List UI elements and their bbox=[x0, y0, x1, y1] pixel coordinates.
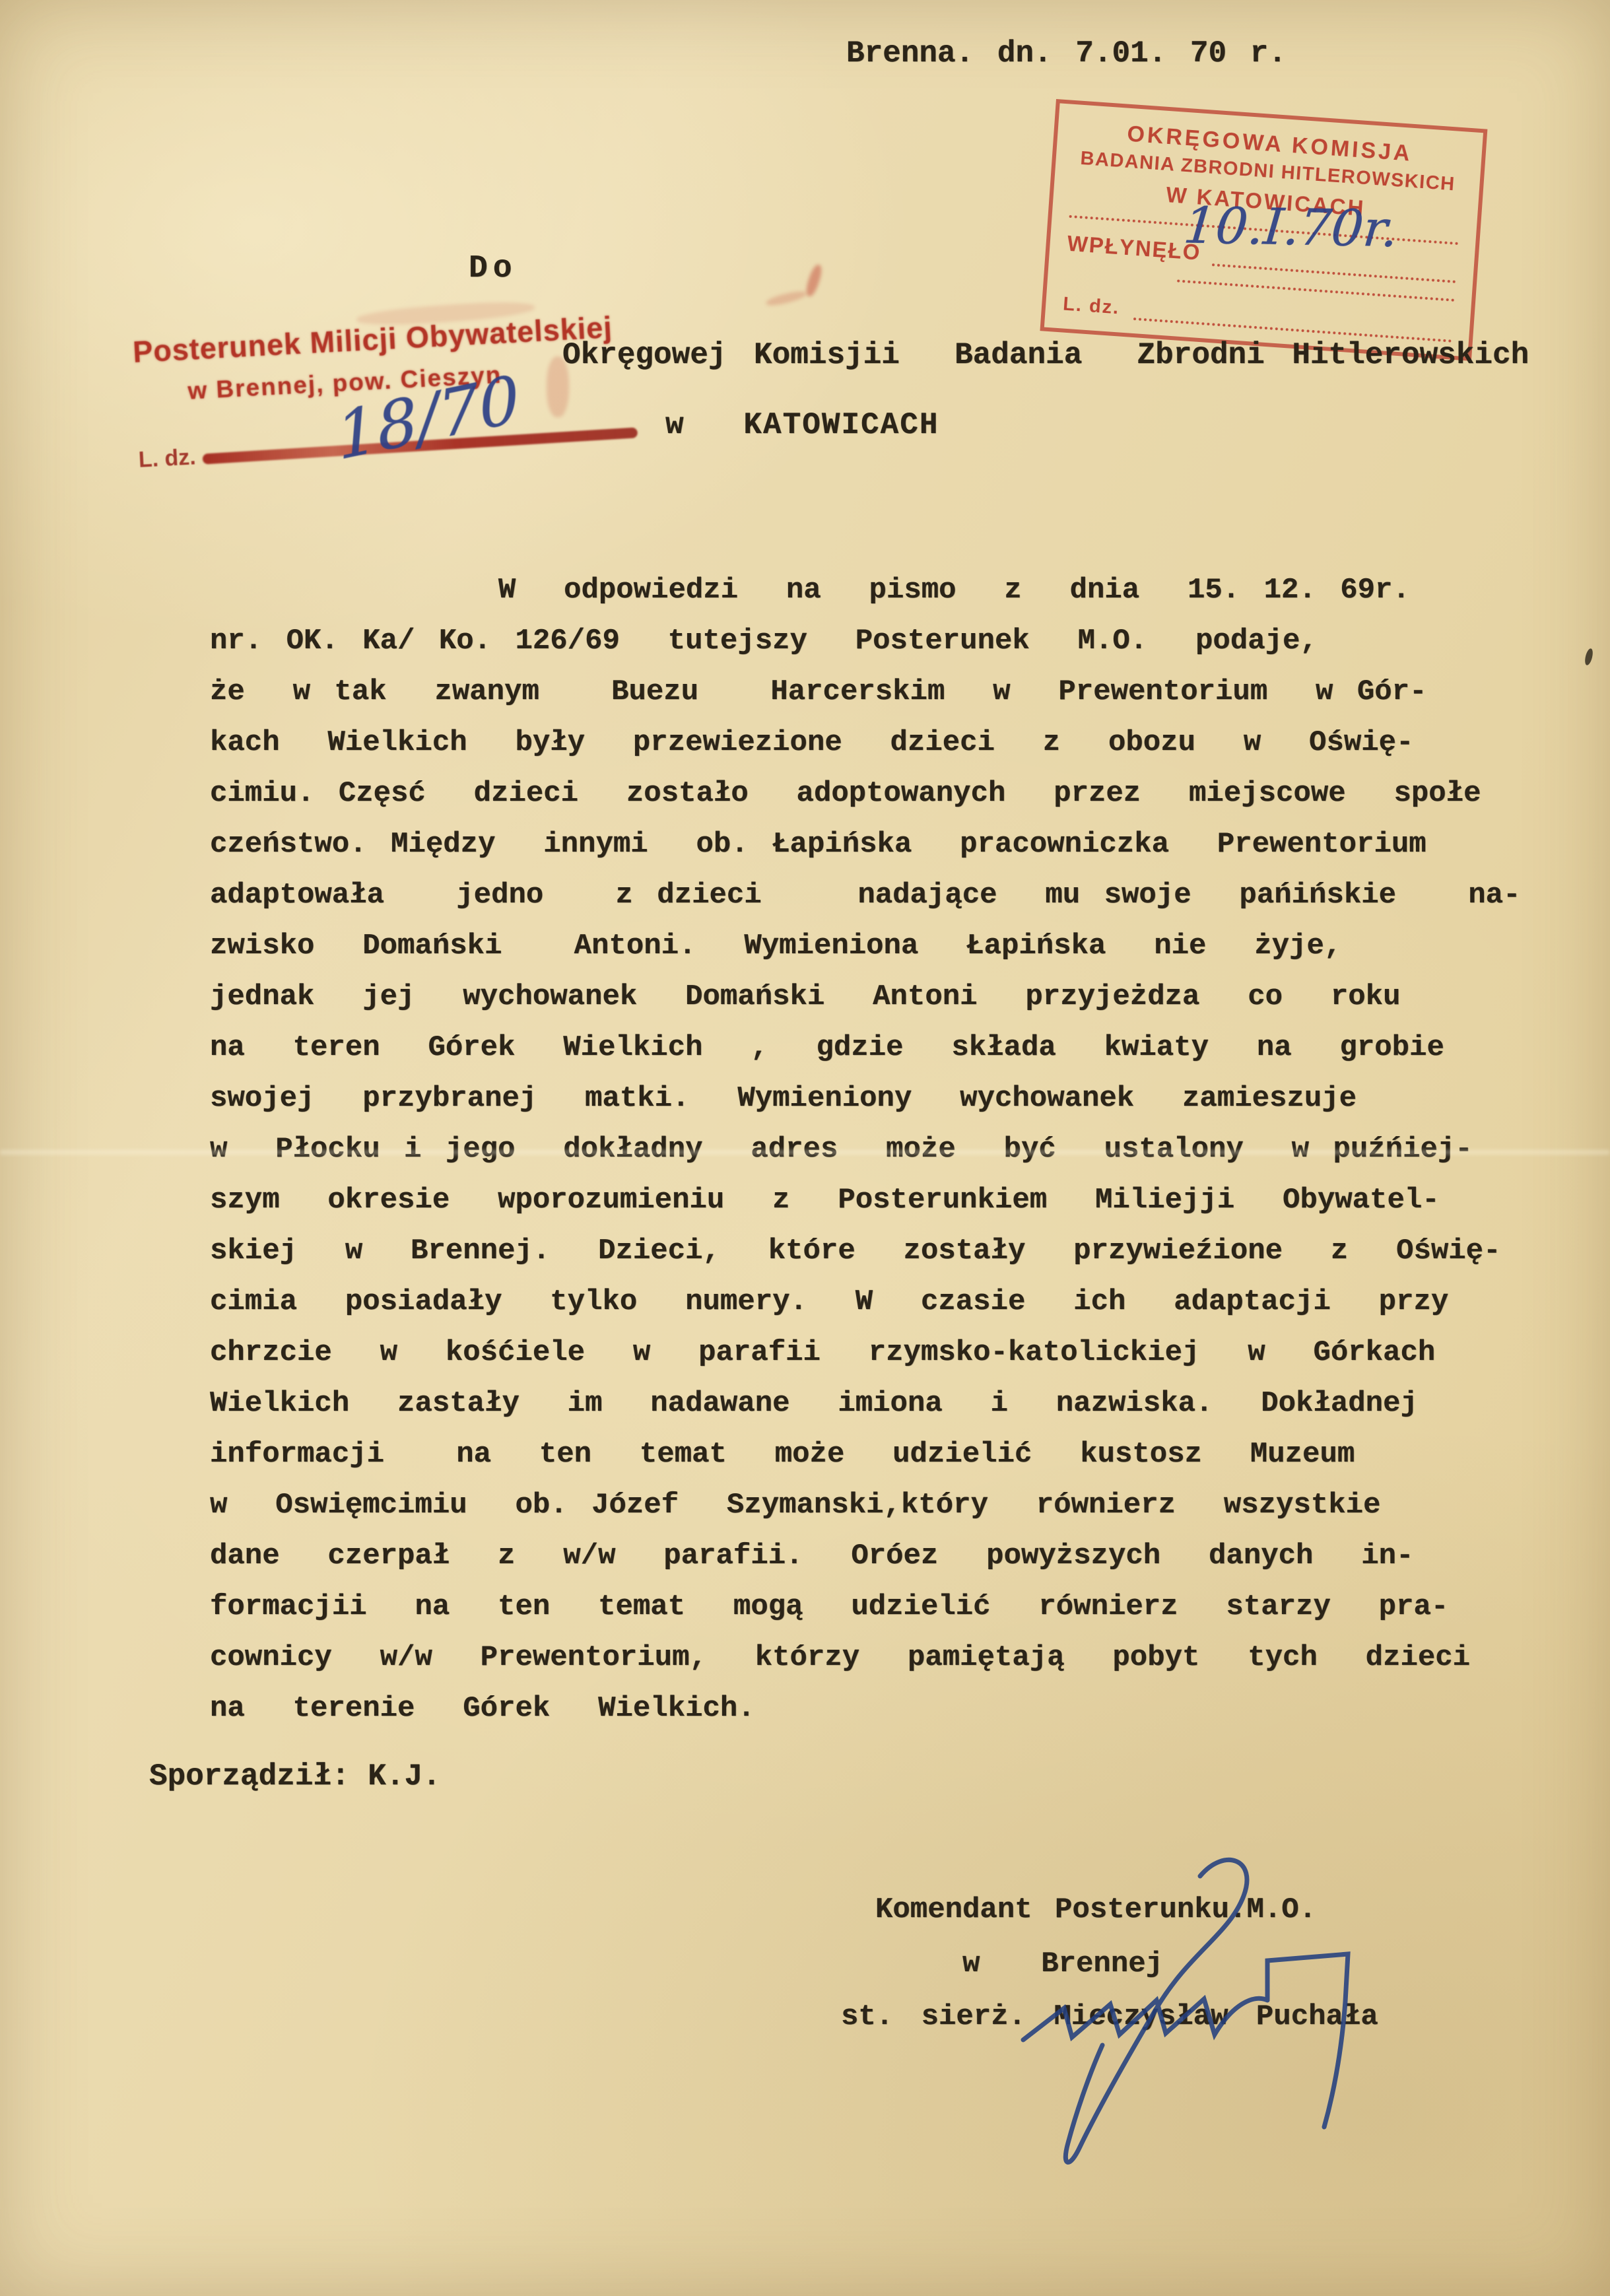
scanned-letter-page: Brenna. dn. 7.01. 70 r. OKRĘGOWA KOMISJA… bbox=[0, 0, 1610, 2296]
body-line: dane czerpał z w/w parafii. Oróez powyżs… bbox=[210, 1532, 1596, 1583]
body-line: Wielkich zastały im nadawane imiona i na… bbox=[210, 1380, 1596, 1431]
body-line: chrzcie w kośćiele w parafii rzymsko-kat… bbox=[210, 1329, 1596, 1380]
recipient-line-2: w KATOWICACH bbox=[665, 408, 939, 442]
received-date-handwritten: 10.I.70r. bbox=[1181, 195, 1400, 258]
body-line: skiej w Brennej. Dzieci, które zostały p… bbox=[210, 1227, 1596, 1278]
incoming-stamp-dotted-line-2 bbox=[1177, 279, 1454, 301]
paper-crease bbox=[0, 1150, 1610, 1155]
body-line: na teren Górek Wielkich , gdzie składa k… bbox=[210, 1024, 1596, 1075]
body-line: kach Wielkich były przewiezione dzieci z… bbox=[210, 719, 1596, 770]
salutation-do: Do bbox=[469, 251, 518, 287]
body-line: W odpowiedzi na pismo z dnia 15. 12. 69r… bbox=[210, 566, 1596, 617]
incoming-ref-label: L. dz. bbox=[1062, 294, 1120, 320]
body-line: cimia posiadały tylko numery. W czasie i… bbox=[210, 1278, 1596, 1329]
stamp-smudge bbox=[765, 289, 807, 308]
body-line: czeństwo. Między innymi ob. Łapińska pra… bbox=[210, 821, 1596, 871]
recipient-line-1: Okręgowej Komisjii Badania Zbrodni Hitle… bbox=[562, 338, 1529, 372]
body-line: że w tak zwanym Buezu Harcerskim w Prewe… bbox=[210, 668, 1596, 719]
body-line: w Oswięmcimiu ob. Józef Szymanski,który … bbox=[210, 1481, 1596, 1532]
body-line: cownicy w/w Prewentorium, którzy pamięta… bbox=[210, 1634, 1596, 1685]
body-line: jednak jej wychowanek Domański Antoni pr… bbox=[210, 973, 1596, 1024]
body-line: informacji na ten temat może udzielić ku… bbox=[210, 1431, 1596, 1481]
body-line: adaptowała jedno z dzieci nadające mu sw… bbox=[210, 871, 1596, 922]
body-line: na terenie Górek Wielkich. bbox=[210, 1685, 1596, 1736]
body-line: nr. OK. Ka/ Ko. 126/69 tutejszy Posterun… bbox=[210, 617, 1596, 668]
sender-stamp: Posterunek Milicji Obywatelskiej w Brenn… bbox=[132, 307, 688, 507]
body-line: formacjii na ten temat mogą udzielić rów… bbox=[210, 1583, 1596, 1634]
stamp-smudge bbox=[547, 356, 569, 417]
incoming-stamp: OKRĘGOWA KOMISJA BADANIA ZBRODNI HITLERO… bbox=[1040, 99, 1487, 361]
body-line: cimiu. Częsć dzieci zostało adoptowanych… bbox=[210, 770, 1596, 821]
signature-scribble bbox=[924, 1842, 1465, 2185]
body-line: zwisko Domański Antoni. Wymieniona Łapiń… bbox=[210, 922, 1596, 973]
incoming-ref-dotted-line bbox=[1133, 298, 1453, 343]
body-line: swojej przybranej matki. Wymieniony wych… bbox=[210, 1075, 1596, 1126]
date-line: Brenna. dn. 7.01. 70 r. bbox=[846, 36, 1287, 71]
prepared-by: Sporządził: K.J. bbox=[149, 1759, 441, 1794]
sender-ref-label: L. dz. bbox=[138, 444, 197, 473]
body-line: szym okresie wporozumieniu z Posterunkie… bbox=[210, 1176, 1596, 1227]
stamp-smudge bbox=[804, 263, 824, 298]
